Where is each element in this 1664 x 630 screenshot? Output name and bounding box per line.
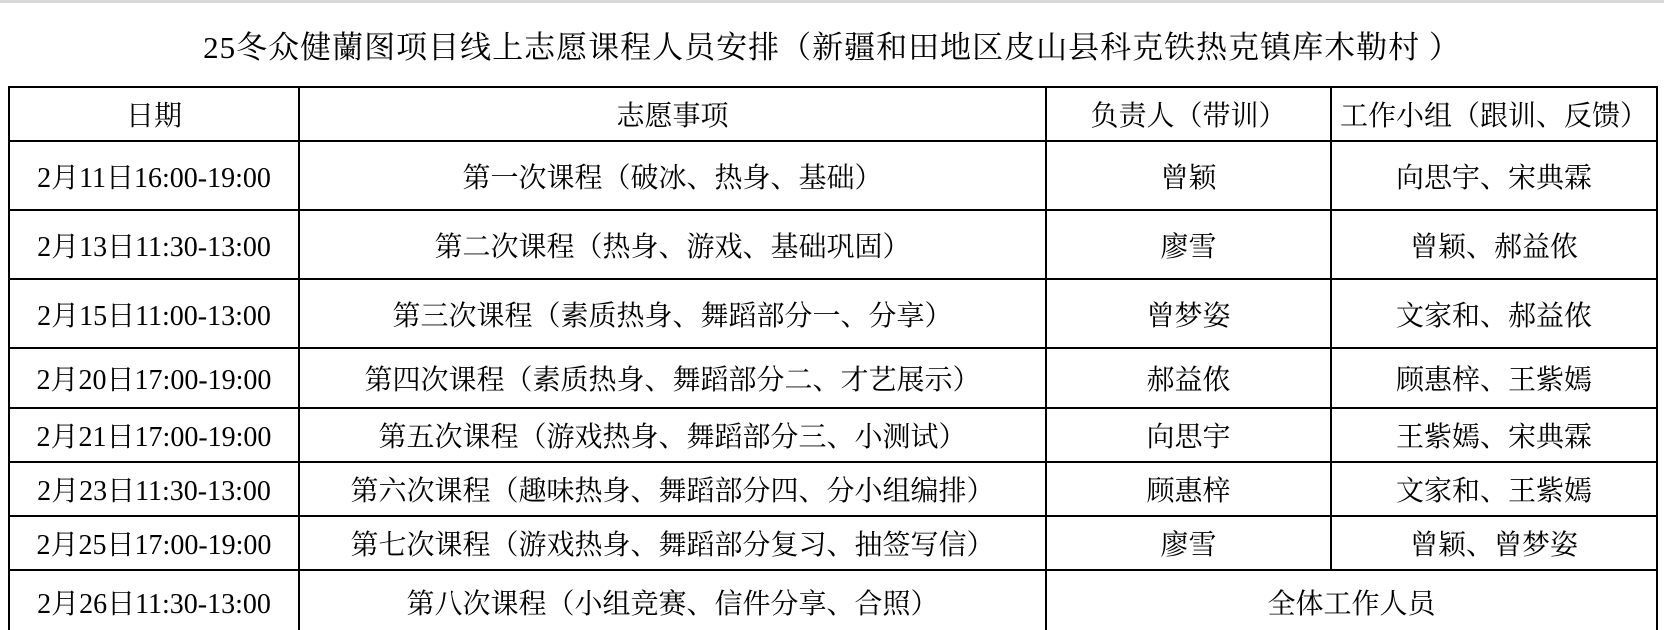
date-cell: 2月11日16:00-19:00 (9, 141, 299, 210)
task-cell: 第二次课程（热身、游戏、基础巩固） (299, 210, 1046, 279)
date-cell: 2月13日11:30-13:00 (9, 210, 299, 279)
date-cell: 2月26日11:30-13:00 (9, 570, 299, 630)
spreadsheet-view: 25冬众健蘭图项目线上志愿课程人员安排（新疆和田地区皮山县科克铁热克镇库木勒村 … (0, 0, 1664, 630)
date-cell: 2月20日17:00-19:00 (9, 348, 299, 408)
leader-cell: 曾颖 (1046, 141, 1331, 210)
col-header-date: 日期 (9, 87, 299, 141)
team-cell: 向思宇、宋典霖 (1331, 141, 1657, 210)
task-cell: 第八次课程（小组竞赛、信件分享、合照） (299, 570, 1046, 630)
leader-cell: 向思宇 (1046, 408, 1331, 462)
leader-cell: 郝益侬 (1046, 348, 1331, 408)
header-row: 日期 志愿事项 负责人（带训） 工作小组（跟训、反馈） (9, 87, 1657, 141)
task-cell: 第五次课程（游戏热身、舞蹈部分三、小测试） (299, 408, 1046, 462)
team-cell: 文家和、王紫嫣 (1331, 462, 1657, 516)
table-row: 2月13日11:30-13:00 第二次课程（热身、游戏、基础巩固） 廖雪 曾颖… (9, 210, 1657, 279)
team-cell: 顾惠梓、王紫嫣 (1331, 348, 1657, 408)
leader-cell: 曾梦姿 (1046, 279, 1331, 348)
table-row: 2月20日17:00-19:00 第四次课程（素质热身、舞蹈部分二、才艺展示） … (9, 348, 1657, 408)
team-cell: 曾颖、郝益侬 (1331, 210, 1657, 279)
table-row: 2月15日11:00-13:00 第三次课程（素质热身、舞蹈部分一、分享） 曾梦… (9, 279, 1657, 348)
team-cell: 曾颖、曾梦姿 (1331, 516, 1657, 570)
task-cell: 第一次课程（破冰、热身、基础） (299, 141, 1046, 210)
team-cell: 文家和、郝益侬 (1331, 279, 1657, 348)
task-cell: 第七次课程（游戏热身、舞蹈部分复习、抽签写信） (299, 516, 1046, 570)
volunteer-schedule-table: 日期 志愿事项 负责人（带训） 工作小组（跟训、反馈） 2月11日16:00-1… (8, 86, 1658, 630)
col-header-task: 志愿事项 (299, 87, 1046, 141)
col-header-leader: 负责人（带训） (1046, 87, 1331, 141)
leader-cell: 廖雪 (1046, 210, 1331, 279)
leader-cell: 顾惠梓 (1046, 462, 1331, 516)
date-cell: 2月15日11:00-13:00 (9, 279, 299, 348)
table-row: 2月26日11:30-13:00 第八次课程（小组竞赛、信件分享、合照） 全体工… (9, 570, 1657, 630)
table-row: 2月11日16:00-19:00 第一次课程（破冰、热身、基础） 曾颖 向思宇、… (9, 141, 1657, 210)
merged-staff-cell: 全体工作人员 (1046, 570, 1657, 630)
table-row: 2月25日17:00-19:00 第七次课程（游戏热身、舞蹈部分复习、抽签写信）… (9, 516, 1657, 570)
date-cell: 2月25日17:00-19:00 (9, 516, 299, 570)
table-title: 25冬众健蘭图项目线上志愿课程人员安排（新疆和田地区皮山县科克铁热克镇库木勒村 … (0, 3, 1664, 86)
table-row: 2月23日11:30-13:00 第六次课程（趣味热身、舞蹈部分四、分小组编排）… (9, 462, 1657, 516)
task-cell: 第六次课程（趣味热身、舞蹈部分四、分小组编排） (299, 462, 1046, 516)
date-cell: 2月23日11:30-13:00 (9, 462, 299, 516)
task-cell: 第三次课程（素质热身、舞蹈部分一、分享） (299, 279, 1046, 348)
team-cell: 王紫嫣、宋典霖 (1331, 408, 1657, 462)
date-cell: 2月21日17:00-19:00 (9, 408, 299, 462)
leader-cell: 廖雪 (1046, 516, 1331, 570)
task-cell: 第四次课程（素质热身、舞蹈部分二、才艺展示） (299, 348, 1046, 408)
col-header-team: 工作小组（跟训、反馈） (1331, 87, 1657, 141)
table-row: 2月21日17:00-19:00 第五次课程（游戏热身、舞蹈部分三、小测试） 向… (9, 408, 1657, 462)
